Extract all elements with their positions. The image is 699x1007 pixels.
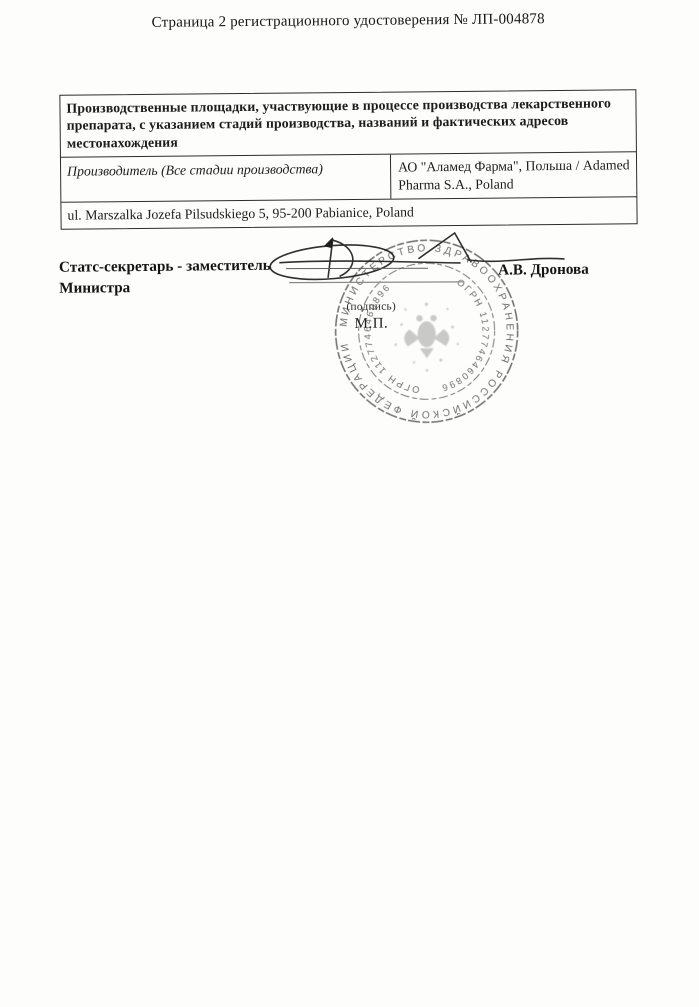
handwritten-signature (256, 223, 602, 306)
coat-of-arms-emblem (394, 302, 459, 372)
producer-role-cell: Производитель (Все стадии производства) (61, 155, 391, 202)
table-header-cell: Производственные площадки, участвующие в… (60, 90, 636, 158)
scanned-page: Страница 2 регистрационного удостоверени… (0, 0, 699, 1007)
signature-underline (289, 281, 464, 284)
page-header: Страница 2 регистрационного удостоверени… (0, 10, 698, 34)
seal-place-mark: М.П. (354, 316, 388, 333)
producer-name-cell: АО "Аламед Фарма", Польша / Adamed Pharm… (391, 152, 636, 198)
table-row: Производитель (Все стадии производства) … (61, 152, 636, 202)
production-sites-table: Производственные площадки, участвующие в… (59, 89, 637, 230)
